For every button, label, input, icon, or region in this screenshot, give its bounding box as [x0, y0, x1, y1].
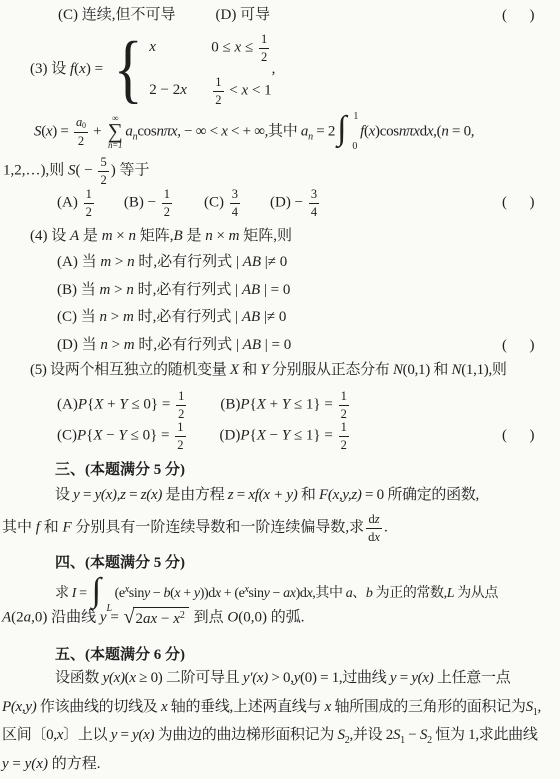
text-run: 的方程. — [48, 756, 101, 772]
question-4-option-d: (D) 当 n > m 时,必有行列式 | AB | = 0( ) — [0, 336, 560, 356]
text-run: 2 — [178, 407, 184, 421]
text-run: − — [269, 586, 283, 601]
text-run: 2 — [136, 611, 144, 627]
math-variable: Y — [282, 396, 290, 412]
radical-content: 2ax − x2 — [133, 607, 189, 630]
text-run: 和 — [297, 487, 319, 503]
text-run: (e — [115, 586, 125, 601]
question-4-option-a: (A) 当 m > n 时,必有行列式 | AB |≠ 0 — [0, 253, 560, 273]
text-run: (C) 当 — [57, 309, 100, 325]
fraction-denominator: 4 — [309, 204, 319, 219]
section-3-heading: 三、(本题满分 5 分) — [0, 461, 560, 481]
text-run: (5) 设两个相互独立的随机变量 — [30, 362, 230, 378]
text-run: 4 — [232, 205, 238, 219]
fourier-series-question: 1,2,…),则 S( − 52) 等于 — [0, 156, 560, 186]
text-run: = 0 所确定的函数, — [362, 487, 479, 503]
math-variable: xf(x + y) — [248, 487, 297, 503]
text-run: × — [113, 228, 129, 244]
fraction: 12 — [339, 390, 349, 420]
math-variable: n — [205, 228, 213, 244]
math-variable: b — [366, 586, 373, 601]
fraction-denominator: 2 — [162, 204, 172, 219]
text-run: 是 — [79, 228, 102, 244]
fraction: 52 — [98, 156, 108, 186]
math-variable: n — [441, 123, 448, 139]
text-run: 3 — [232, 187, 238, 201]
math-variable: AB — [243, 254, 261, 270]
math-variable: nπx — [156, 123, 177, 139]
text-run: 区间〔0, — [2, 727, 57, 743]
text-run: = 0, — [449, 123, 475, 139]
text-run: sin — [248, 586, 263, 601]
math-variable: N — [452, 362, 462, 378]
cases-row: x0 ≤ x ≤ 12 — [149, 33, 271, 63]
text-run: + — [90, 123, 105, 139]
text-run: (C) 连续,但不可导 — [58, 7, 176, 23]
text-run: 矩阵, — [136, 228, 174, 244]
answer-blank: ( ) — [502, 6, 535, 26]
text-run: { — [250, 427, 257, 443]
integral-upper-limit: 1 — [353, 110, 358, 123]
section-5-body-2: P(x,y) 作该曲线的切线及 x 轴的垂线,上述两直线与 x 轴所围成的三角形… — [0, 698, 560, 719]
text-run: = 2 — [313, 123, 335, 139]
math-variable: x — [173, 611, 180, 627]
math-variable: n — [100, 337, 108, 353]
fraction: 12 — [213, 76, 223, 106]
math-variable: Y — [119, 427, 127, 443]
text-run: 四、(本题满分 5 分) — [55, 555, 185, 571]
fraction-denominator: 2 — [259, 49, 269, 64]
text-run: ,0) 沿曲线 — [31, 610, 100, 626]
text-run: ) = — [52, 123, 72, 139]
fraction-denominator: 2 — [84, 204, 94, 219]
fraction-numerator: 3 — [309, 188, 319, 204]
math-variable: y(x) — [103, 670, 125, 686]
section-5-body-1: 设函数 y(x)(x ≥ 0) 二阶可导且 y′(x) > 0,y(0) = 1… — [0, 669, 560, 689]
math-variable: AB — [243, 337, 261, 353]
question-5-stem: (5) 设两个相互独立的随机变量 X 和 Y 分别服从正态分布 N(0,1) 和… — [0, 361, 560, 381]
section-3-body-1: 设 y = y(x),z = z(x) 是由方程 z = xf(x + y) 和… — [0, 486, 560, 506]
math-variable: N — [393, 362, 403, 378]
text-run: (D) − — [270, 194, 307, 210]
math-variable: m — [229, 228, 240, 244]
sigma-glyph: ∑ — [108, 123, 123, 141]
text-run: 三、(本题满分 5 分) — [55, 462, 185, 478]
integral-glyph: ∫ — [92, 572, 101, 610]
fraction: 12 — [162, 188, 172, 218]
math-variable: nπx — [399, 123, 420, 139]
question-4-option-c: (C) 当 n > m 时,必有行列式 | AB |≠ 0 — [0, 308, 560, 328]
text-run: 时,必有行列式 | — [134, 282, 242, 298]
fraction-denominator: 2 — [339, 406, 349, 421]
text-run: (A) — [57, 396, 78, 412]
text-run: sin — [129, 586, 144, 601]
fraction: 12 — [339, 421, 349, 451]
text-run: 1 — [177, 420, 183, 434]
math-variable: m — [124, 337, 135, 353]
text-run: (C) — [57, 427, 77, 443]
text-run: 2 — [341, 407, 347, 421]
fraction-numerator: 1 — [259, 33, 269, 49]
text-run: 1 — [341, 420, 347, 434]
piecewise-cases: {x0 ≤ x ≤ 122 − 2x12 < x < 1 — [110, 33, 272, 106]
text-run: , − ∞ < — [177, 123, 221, 139]
subscript: 0 — [82, 121, 86, 130]
text-run: | = 0 — [260, 282, 290, 298]
text-run: 1 — [178, 389, 184, 403]
text-run: 、 — [352, 586, 366, 601]
fraction: 12 — [175, 421, 185, 451]
text-run: (D) 当 — [57, 337, 100, 353]
math-variable: y(x) — [132, 727, 154, 743]
question-3-piecewise: (3) 设 f(x) = {x0 ≤ x ≤ 122 − 2x12 < x < … — [0, 33, 560, 106]
text-run: − — [150, 586, 164, 601]
math-variable: P — [78, 396, 87, 412]
text-run: ))d — [200, 586, 215, 601]
math-variable: y — [2, 756, 9, 772]
cases-condition: 0 ≤ x ≤ 12 — [211, 33, 271, 63]
math-variable: P — [240, 427, 249, 443]
question-3-options: (A) 12(B) − 12(C) 34(D) − 34( ) — [0, 188, 560, 218]
section-5-body-4: y = y(x) 的方程. — [0, 755, 560, 775]
text-run: 是 — [183, 228, 206, 244]
text-run: ,其中 — [312, 586, 345, 601]
math-variable: P(x,y) — [2, 699, 36, 715]
text-run: 设函数 — [55, 670, 103, 686]
text-run: 轴的垂线,上述两直线与 — [167, 699, 324, 715]
text-run: (0) = 1,过曲线 — [300, 670, 390, 686]
text-run: , — [272, 61, 276, 77]
fraction-denominator: 2 — [176, 406, 186, 421]
integral-lower-limit: 0 — [352, 140, 357, 153]
text-run: 1,2,…),则 — [3, 162, 68, 178]
text-run: − — [103, 427, 119, 443]
text-run: 2 — [164, 205, 170, 219]
text-run: 2 — [261, 50, 267, 64]
text-run: 5 — [100, 155, 106, 169]
text-run: = — [396, 670, 411, 686]
text-run: 3 — [311, 187, 317, 201]
text-run: d — [420, 123, 427, 139]
fraction-numerator: 1 — [339, 421, 349, 437]
text-run: |≠ 0 — [260, 309, 286, 325]
cases-condition: 12 < x < 1 — [211, 76, 271, 106]
text-run: 2 — [215, 93, 221, 107]
text-run: < 1 — [248, 82, 271, 98]
math-variable: O — [227, 610, 238, 626]
answer-blank: ( ) — [502, 426, 535, 446]
text-run: (0,0) 的弧. — [238, 610, 304, 626]
text-run: 分别具有一阶连续导数和一阶连续偏导数,求 — [72, 519, 365, 535]
text-run: ) = — [86, 61, 107, 77]
text-run: 时,必有行列式 | — [134, 309, 242, 325]
text-run: (A) — [57, 194, 82, 210]
fraction-numerator: 3 — [230, 188, 240, 204]
question-5-options-ab: (A)P{X + Y ≤ 0} = 12(B)P{X + Y ≤ 1} = 12 — [0, 390, 560, 420]
integral-symbol: ∫10 — [337, 113, 358, 151]
text-run: + — [103, 396, 119, 412]
math-variable: Y — [282, 427, 290, 443]
text-run: 为从点 — [454, 586, 498, 601]
text-run: 1 — [164, 187, 170, 201]
text-run: )cos — [375, 123, 399, 139]
summation-lower-limit: n=1 — [108, 141, 122, 150]
fraction: 12 — [84, 188, 94, 218]
math-variable: S — [338, 727, 345, 743]
math-variable: B — [174, 228, 183, 244]
math-variable: z(x) — [141, 487, 162, 503]
text-run: 其中 — [2, 519, 36, 535]
text-run: (3) 设 — [30, 61, 70, 77]
text-run: 2 — [341, 438, 347, 452]
text-run: + — [266, 396, 282, 412]
superscript: 2 — [180, 610, 185, 621]
fraction-numerator: a0 — [74, 116, 88, 133]
section-5-body-3: 区间〔0,x〕上以 y = y(x) 为曲边的曲边梯形面积记为 S2,并设 2S… — [0, 726, 560, 747]
math-variable: X — [230, 362, 239, 378]
text-run: 1 — [261, 32, 267, 46]
text-run: 〕上以 — [63, 727, 111, 743]
text-run: = — [107, 610, 123, 626]
math-variable: x — [79, 61, 86, 77]
text-run: (A) 当 — [57, 254, 100, 270]
text-run: 2 — [100, 173, 106, 187]
text-run: = — [126, 487, 141, 503]
math-variable: A — [70, 228, 79, 244]
text-run: . — [384, 519, 388, 535]
fraction-denominator: dx — [366, 529, 382, 544]
text-run: − — [405, 727, 420, 743]
text-run: = — [233, 487, 248, 503]
math-variable: S — [68, 162, 76, 178]
text-run: 0 ≤ — [211, 39, 234, 55]
text-run: , — [537, 699, 540, 715]
radical: √2ax − x2 — [124, 607, 189, 630]
text-run: − — [157, 611, 173, 627]
integral-glyph: ∫ — [337, 110, 346, 148]
fraction-denominator: 2 — [76, 133, 86, 148]
section-4-heading: 四、(本题满分 5 分) — [0, 554, 560, 574]
text-run: |≠ 0 — [261, 254, 287, 270]
math-variable: n — [129, 228, 137, 244]
fraction-denominator: 2 — [175, 437, 185, 452]
math-variable: x — [149, 39, 156, 55]
answer-blank: ( ) — [502, 193, 535, 213]
math-variable: AB — [242, 309, 260, 325]
text-run: 1 — [341, 389, 347, 403]
text-run: 2 — [86, 205, 92, 219]
cases-value: x — [149, 38, 211, 58]
fraction: a02 — [74, 116, 88, 148]
math-variable: F — [62, 519, 71, 535]
text-run: 求 — [55, 586, 72, 601]
math-variable: ax — [283, 586, 295, 601]
fraction-denominator: 2 — [98, 172, 108, 187]
text-run: (1,1),则 — [461, 362, 506, 378]
cases-rows: x0 ≤ x ≤ 122 − 2x12 < x < 1 — [149, 33, 271, 106]
section-3-body-2: 其中 f 和 F 分别具有一阶连续导数和一阶连续偏导数,求dzdx. — [0, 513, 560, 543]
math-variable: n — [127, 254, 135, 270]
text-run: { — [250, 396, 257, 412]
text-run: (D) — [220, 427, 241, 443]
fraction-numerator: dz — [366, 513, 381, 529]
text-run: cos — [137, 123, 156, 139]
text-run: ,并设 2 — [349, 727, 393, 743]
math-variable: F(x,y,z) — [319, 487, 362, 503]
text-run: (B) − — [124, 194, 160, 210]
text-run: 2 − 2 — [149, 82, 180, 98]
math-variable: ax — [143, 611, 157, 627]
text-run: ≤ 1} = — [290, 396, 336, 412]
fraction-numerator: 1 — [339, 390, 349, 406]
text-run: 五、(本题满分 6 分) — [55, 647, 185, 663]
text-run: > — [107, 309, 123, 325]
exam-page: (C) 连续,但不可导(D) 可导( )(3) 设 f(x) = {x0 ≤ x… — [0, 0, 560, 779]
math-variable: y′(x) — [243, 670, 268, 686]
math-variable: y(x) — [25, 756, 48, 772]
text-run: (4) 设 — [30, 228, 70, 244]
math-variable: AB — [242, 282, 260, 298]
math-variable: n — [100, 309, 108, 325]
text-run: (0,1) 和 — [403, 362, 452, 378]
fraction-denominator: 2 — [213, 92, 223, 107]
text-run: + — [180, 586, 194, 601]
text-run: < — [226, 82, 242, 98]
fraction: 34 — [309, 188, 319, 218]
text-run: 轴所围成的三角形的面积记为 — [331, 699, 526, 715]
math-variable: L — [447, 586, 454, 601]
text-run: 和 — [40, 519, 63, 535]
text-run: 1 — [215, 75, 221, 89]
text-run: | = 0 — [261, 337, 291, 353]
math-variable: a — [125, 123, 132, 139]
fraction-numerator: 1 — [176, 390, 186, 406]
text-run: (B) 当 — [57, 282, 100, 298]
math-variable: X — [94, 396, 103, 412]
fraction: dzdx — [366, 513, 382, 543]
text-run: 恒为 1,求此曲线 — [432, 727, 538, 743]
text-run: > — [110, 282, 126, 298]
text-run: ) 等于 — [111, 162, 150, 178]
text-run: 2 — [78, 134, 84, 148]
text-run: )d — [296, 586, 307, 601]
cases-brace: { — [113, 36, 142, 103]
text-run: (D) 可导 — [216, 7, 271, 23]
math-variable: x — [374, 530, 380, 544]
math-variable: y(x) — [411, 670, 433, 686]
summation-symbol: ∞∑n=1 — [108, 114, 123, 150]
fraction-denominator: 2 — [339, 437, 349, 452]
math-variable: m — [100, 282, 111, 298]
fourier-series-formula: S(x) = a02 + ∞∑n=1ancosnπx, − ∞ < x < + … — [0, 113, 560, 151]
text-run: = — [117, 727, 132, 743]
text-run: > 0, — [268, 670, 294, 686]
math-variable: A — [2, 610, 11, 626]
math-variable: n — [126, 282, 134, 298]
text-run: ≤ 0} = — [127, 427, 173, 443]
text-run: = — [9, 756, 25, 772]
math-variable: S — [526, 699, 533, 715]
fraction-denominator: 4 — [230, 204, 240, 219]
text-run: = — [80, 487, 95, 503]
math-variable: P — [240, 396, 249, 412]
text-run: 4 — [311, 205, 317, 219]
text-run: ≤ 0} = — [128, 396, 174, 412]
fraction-numerator: 1 — [84, 188, 94, 204]
math-variable: y — [100, 610, 107, 626]
fraction-numerator: 1 — [175, 421, 185, 437]
fraction: 34 — [230, 188, 240, 218]
answer-blank: ( ) — [502, 336, 535, 356]
text-run: 1 — [86, 187, 92, 201]
fraction-numerator: 5 — [98, 156, 108, 172]
math-variable: y(x) — [95, 487, 117, 503]
text-run: 为正的常数, — [373, 586, 447, 601]
text-run: 2 — [177, 438, 183, 452]
text-run: ( − — [76, 162, 97, 178]
text-run: (2 — [11, 610, 24, 626]
question-4-stem: (4) 设 A 是 m × n 矩阵,B 是 n × m 矩阵,则 — [0, 227, 560, 247]
text-run: ≤ — [241, 39, 257, 55]
question-4-option-b: (B) 当 m > n 时,必有行列式 | AB | = 0 — [0, 281, 560, 301]
text-run: (B) — [220, 396, 240, 412]
math-variable: x — [180, 82, 187, 98]
math-variable: P — [77, 427, 86, 443]
text-run: ≤ 1} = — [290, 427, 336, 443]
text-run: 矩阵,则 — [240, 228, 293, 244]
math-variable: z — [375, 512, 380, 526]
fraction: 12 — [259, 33, 269, 63]
math-variable: m — [100, 254, 111, 270]
text-run: ≥ 0) 二阶可导且 — [136, 670, 243, 686]
text-run: 设 — [55, 487, 73, 503]
section-4-body-2: A(2a,0) 沿曲线 y = √2ax − x2 到点 O(0,0) 的弧. — [0, 607, 560, 630]
cases-value: 2 − 2x — [149, 81, 211, 101]
fraction: 12 — [176, 390, 186, 420]
text-run: > — [111, 254, 127, 270]
text-run: (C) — [204, 194, 228, 210]
section-5-heading: 五、(本题满分 6 分) — [0, 646, 560, 666]
text-run: 作该曲线的切线及 — [36, 699, 161, 715]
text-run: 上任意一点 — [433, 670, 510, 686]
text-run: 到点 — [190, 610, 228, 626]
fraction-numerator: 1 — [162, 188, 172, 204]
math-variable: Y — [119, 396, 127, 412]
text-run: + (e — [221, 586, 245, 601]
text-run: 和 — [239, 362, 261, 378]
text-run: 为曲边的曲边梯形面积记为 — [154, 727, 337, 743]
text-run: > — [108, 337, 124, 353]
text-run: × — [213, 228, 229, 244]
math-variable: X — [93, 427, 102, 443]
math-variable: m — [123, 309, 134, 325]
math-variable: X — [257, 427, 266, 443]
cases-row: 2 − 2x12 < x < 1 — [149, 76, 271, 106]
text-run: − — [266, 427, 282, 443]
question-2-options-cd: (C) 连续,但不可导(D) 可导( ) — [0, 6, 560, 26]
text-run: 分别服从正态分布 — [268, 362, 393, 378]
fraction-numerator: 1 — [213, 76, 223, 92]
text-run: 时,必有行列式 | — [135, 254, 243, 270]
math-variable: X — [257, 396, 266, 412]
text-run: < + ∞,其中 — [228, 123, 301, 139]
text-run: 是由方程 — [162, 487, 228, 503]
text-run: 时,必有行列式 | — [135, 337, 243, 353]
math-variable: m — [102, 228, 113, 244]
question-5-options-cd: (C)P{X − Y ≤ 0} = 12(D)P{X − Y ≤ 1} = 12… — [0, 421, 560, 451]
text-run: = — [76, 586, 90, 601]
